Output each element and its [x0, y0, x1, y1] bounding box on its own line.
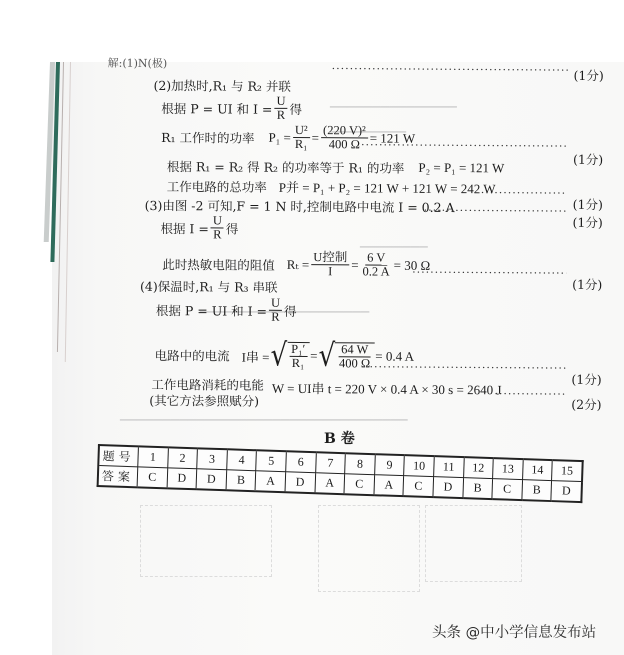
- square-root: √P₁′R₁: [270, 342, 309, 371]
- watermark: 头条 @中小学信息发布站: [432, 621, 596, 642]
- square-root: √64 W400 Ω: [318, 342, 374, 371]
- part2-total-power: 工作电路的总功率 P并 = P₁ + P₂ = 121 W + 121 W = …: [167, 176, 496, 197]
- leader-dots: ········································…: [424, 204, 567, 218]
- score-label: (2分): [571, 395, 601, 413]
- table-cell: 4: [226, 449, 256, 470]
- fraction: UR: [269, 297, 282, 324]
- table-cell: D: [433, 477, 463, 498]
- row-header-answer: 答案: [98, 466, 138, 488]
- fraction: 6 V0.2 A: [361, 251, 392, 278]
- part3-basis: 根据 I = UR 得: [160, 214, 238, 242]
- part3-resistance: 此时热敏电阻的阻值 Rₜ = U控制I = 6 V0.2 A = 30 Ω: [162, 250, 430, 279]
- part2-r2-power: 根据 R₁ = R₂ 得 R₂ 的功率等于 R₁ 的功率 P₂ = P₁ = 1…: [167, 157, 505, 177]
- leader-dots: ········································…: [361, 138, 566, 152]
- table-cell: A: [374, 475, 404, 496]
- part2-intro: (2)加热时,R₁ 与 R₂ 并联: [153, 76, 291, 95]
- table-cell: 12: [463, 457, 493, 478]
- table-cell: 6: [286, 451, 316, 472]
- score-label: (1分): [571, 370, 601, 388]
- table-cell: 5: [256, 450, 286, 471]
- table-cell: 13: [493, 458, 523, 479]
- table-cell: 11: [434, 456, 464, 477]
- fraction: UR: [274, 95, 287, 122]
- table-cell: 3: [197, 448, 227, 469]
- score-label: (1分): [573, 150, 603, 168]
- table-cell: A: [255, 471, 285, 492]
- table-cell: B: [226, 470, 256, 491]
- table-cell: 2: [167, 447, 197, 468]
- table-cell: 9: [374, 454, 404, 475]
- table-cell: C: [137, 467, 167, 488]
- row-header-number: 题号: [98, 445, 138, 467]
- leader-dots: ········································…: [332, 62, 569, 77]
- table-cell: C: [492, 479, 522, 500]
- part4-note: (其它方法参照赋分): [149, 391, 259, 410]
- table-cell: 7: [315, 452, 345, 473]
- table-cell: C: [344, 474, 374, 495]
- table-cell: D: [285, 472, 315, 493]
- leader-dots: ··························: [494, 387, 566, 401]
- leader-dots: ··································: [481, 186, 567, 200]
- section-b-title: B 卷: [324, 428, 355, 448]
- part4-intro: (4)保温时,R₁ 与 R₃ 串联: [140, 277, 278, 296]
- table-cell: D: [196, 469, 226, 490]
- answer-content: 解:(1)N(极) ······························…: [0, 0, 624, 655]
- table-cell: 10: [404, 455, 434, 476]
- table-cell: 15: [552, 460, 583, 481]
- score-label: (1分): [572, 275, 602, 293]
- table-cell: 8: [345, 453, 375, 474]
- fraction: U控制I: [311, 251, 349, 279]
- table-cell: A: [315, 473, 345, 494]
- leader-dots: ········································…: [412, 266, 566, 280]
- part3-intro: (3)由图 -2 可知,F = 1 N 时,控制电路中电流 I = 0.2 A: [145, 196, 455, 216]
- part2-basis: 根据 P = UI 和 I = UR 得: [161, 94, 302, 122]
- table-cell: 14: [522, 459, 552, 480]
- score-label: (1分): [574, 66, 604, 84]
- table-cell: B: [462, 478, 492, 499]
- part4-basis: 根据 P = UI 和 I = UR 得: [156, 296, 297, 324]
- fraction: UR: [211, 214, 224, 241]
- score-label: (1分): [572, 213, 602, 231]
- table-cell: D: [167, 468, 197, 489]
- table-cell: D: [551, 481, 582, 502]
- score-label: (1分): [573, 195, 603, 213]
- header-fragment: 解:(1)N(极): [108, 55, 168, 71]
- fraction: U²R₁: [293, 124, 310, 151]
- table-cell: 1: [138, 446, 168, 467]
- table-cell: C: [403, 476, 433, 497]
- table-cell: B: [522, 480, 552, 501]
